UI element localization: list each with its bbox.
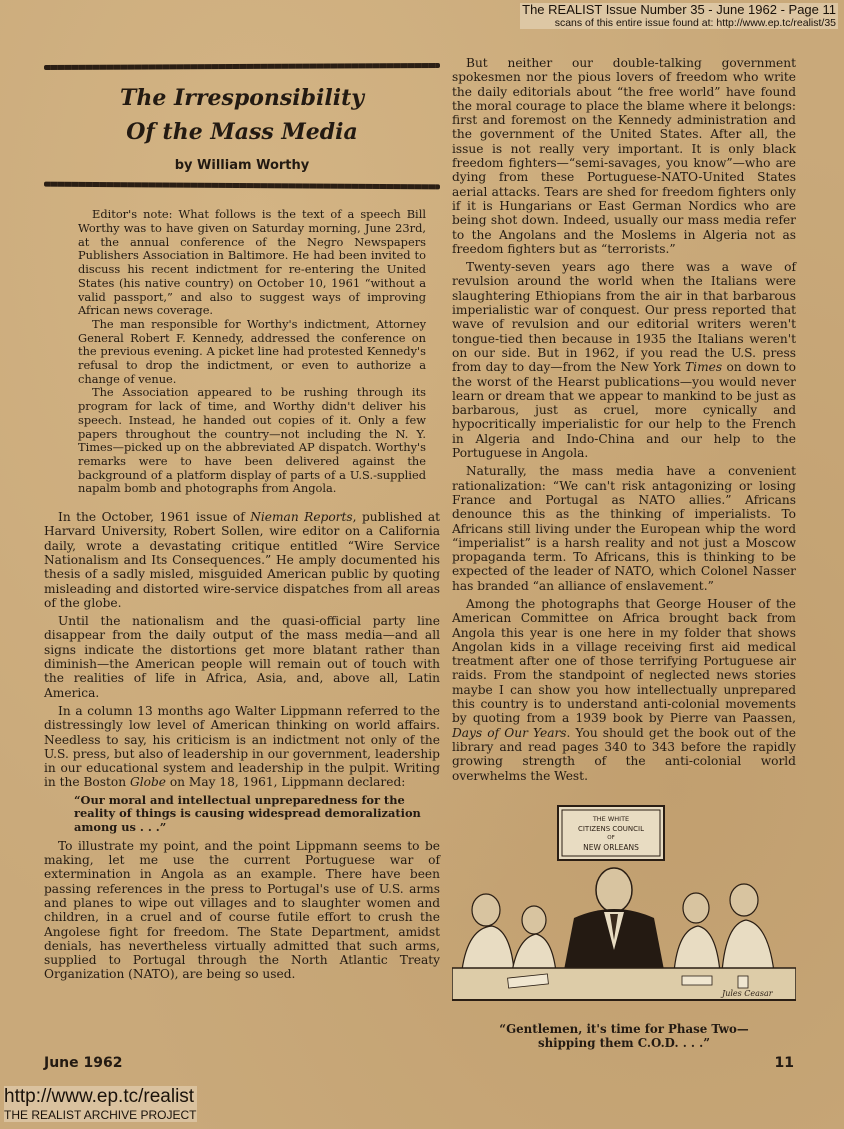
article-title-line1: The Irresponsibility	[44, 81, 440, 115]
article-body-left: In the October, 1961 issue of Nieman Rep…	[44, 510, 440, 982]
svg-text:NEW ORLEANS: NEW ORLEANS	[583, 843, 639, 852]
body-paragraph: In the October, 1961 issue of Nieman Rep…	[44, 510, 440, 610]
bottom-rule	[44, 182, 440, 190]
body-paragraph: Twenty-seven years ago there was a wave …	[452, 260, 796, 460]
top-rule	[44, 63, 440, 70]
article-title-line2: Of the Mass Media	[44, 115, 440, 149]
body-paragraph: Naturally, the mass media have a conveni…	[452, 464, 796, 593]
editor-note-paragraph: The Association appeared to be rushing t…	[78, 386, 426, 496]
lippmann-quote: “Our moral and intellectual unpreparedne…	[74, 794, 426, 835]
archive-watermark: http://www.ep.tc/realist THE REALIST ARC…	[4, 1086, 197, 1122]
body-paragraph: To illustrate my point, and the point Li…	[44, 839, 440, 982]
svg-text:THE WHITE: THE WHITE	[592, 815, 629, 823]
cartoon-illustration: THE WHITE CITIZENS COUNCIL OF NEW ORLEAN…	[452, 800, 796, 1026]
editorial-cartoon: THE WHITE CITIZENS COUNCIL OF NEW ORLEAN…	[452, 800, 796, 1026]
byline: by William Worthy	[44, 159, 440, 173]
left-column: The Irresponsibility Of the Mass Media b…	[44, 52, 440, 986]
banner-title: The REALIST Issue Number 35 - June 1962 …	[520, 3, 838, 17]
archive-name: THE REALIST ARCHIVE PROJECT	[4, 1108, 197, 1122]
editor-note-paragraph: Editor's note: What follows is the text …	[78, 208, 426, 318]
cartoon-caption: “Gentlemen, it's time for Phase Two— shi…	[452, 1022, 796, 1050]
editor-note: Editor's note: What follows is the text …	[78, 208, 426, 496]
body-paragraph: But neither our double-talking governmen…	[452, 56, 796, 256]
footer-page-number: 11	[775, 1055, 794, 1071]
body-paragraph: In a column 13 months ago Walter Lippman…	[44, 704, 440, 790]
banner-subtitle: scans of this entire issue found at: htt…	[520, 17, 838, 29]
footer-date: June 1962	[44, 1055, 122, 1071]
svg-text:OF: OF	[607, 835, 615, 841]
body-paragraph: Among the photographs that George Houser…	[452, 597, 796, 783]
svg-text:CITIZENS COUNCIL: CITIZENS COUNCIL	[578, 825, 644, 833]
caption-line1: “Gentlemen, it's time for Phase Two—	[452, 1022, 796, 1036]
caption-line2: shipping them C.O.D. . . .”	[452, 1036, 796, 1050]
archive-url-link[interactable]: http://www.ep.tc/realist	[4, 1086, 197, 1108]
scan-banner: The REALIST Issue Number 35 - June 1962 …	[520, 3, 838, 29]
svg-text:Jules Ceasar: Jules Ceasar	[720, 989, 774, 998]
editor-note-paragraph: The man responsible for Worthy's indictm…	[78, 318, 426, 387]
article-body-right: But neither our double-talking governmen…	[452, 56, 796, 783]
body-paragraph: Until the nationalism and the quasi-offi…	[44, 614, 440, 700]
right-column: But neither our double-talking governmen…	[452, 56, 796, 787]
